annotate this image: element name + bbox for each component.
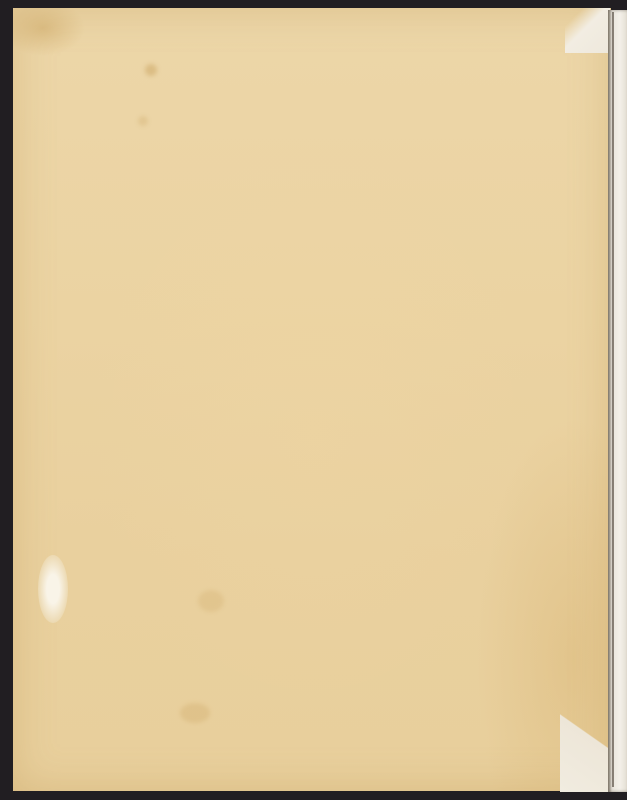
stain-spot <box>145 64 157 76</box>
binding-edge <box>608 10 627 792</box>
blank-paper-page <box>13 8 611 791</box>
stain-spot <box>138 116 148 126</box>
worn-corner-top <box>565 8 610 53</box>
paper-scuff-mark <box>38 555 68 623</box>
binding-shadow-line <box>612 12 614 787</box>
stain-spot <box>180 703 210 723</box>
worn-corner-bottom <box>560 700 612 792</box>
stain-spot <box>198 590 224 612</box>
